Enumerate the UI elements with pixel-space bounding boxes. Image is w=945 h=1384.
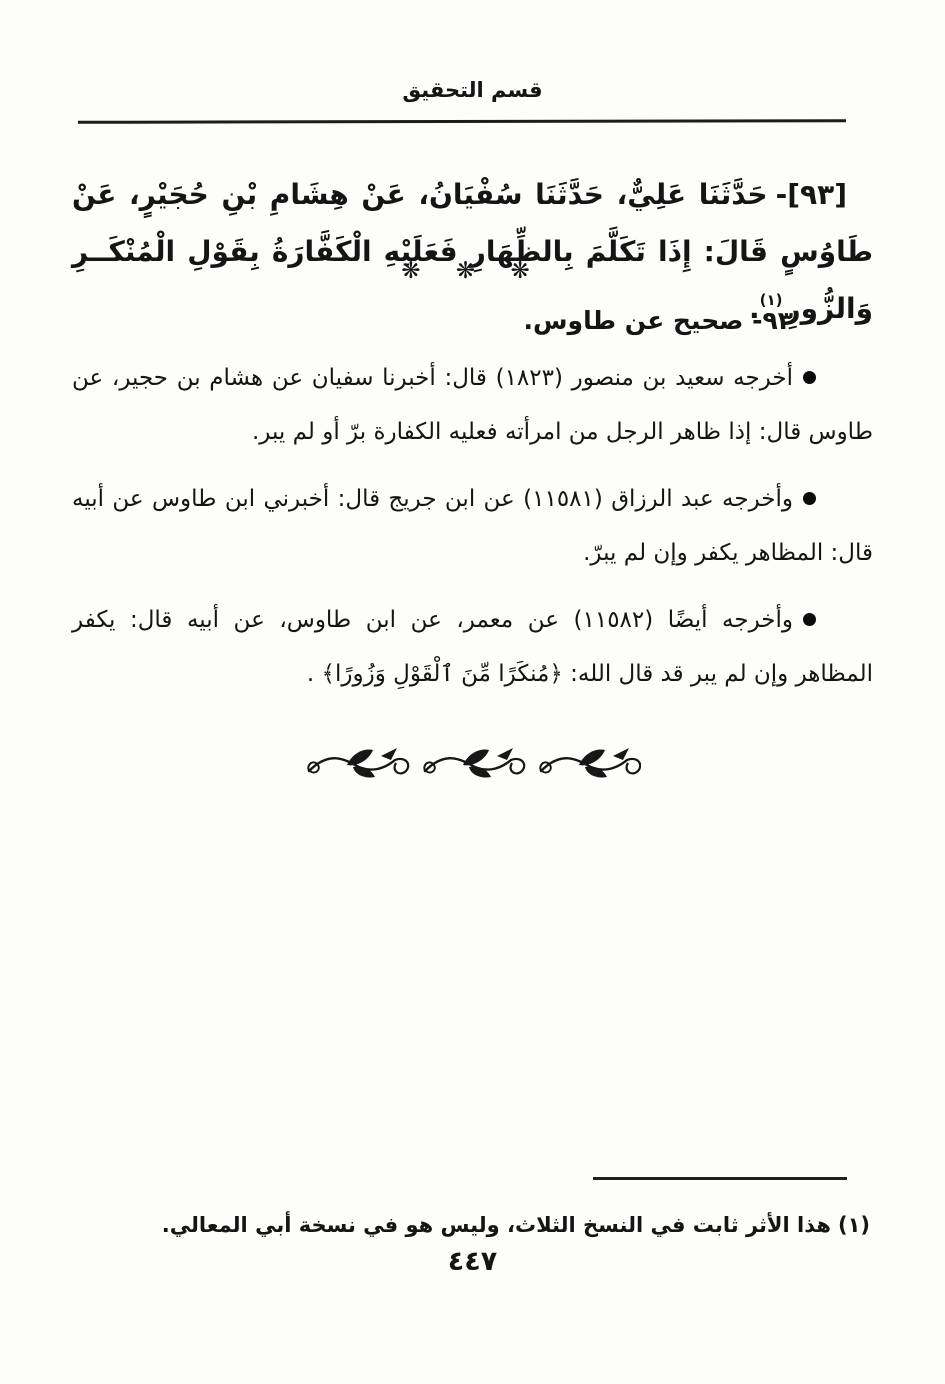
asterisk-separator: ❋ ❋ ❋ (0, 258, 945, 284)
takhrij-list: أخرجه سعيد بن منصور (١٨٢٣) قال: أخبرنا س… (72, 351, 873, 714)
takhrij-item-text: وأخرجه أيضًا (١١٥٨٢) عن معمر، عن ابن طاو… (72, 607, 873, 687)
header-rule-divider (78, 119, 846, 124)
takhrij-item: وأخرجه عبد الرزاق (١١٥٨١) عن ابن جريج قا… (72, 472, 873, 580)
running-head-title: قسم التحقيق (0, 78, 945, 102)
section-end-ornament (0, 744, 945, 792)
book-page: قسم التحقيق [٩٣]-حَدَّثَنَا عَلِيٌّ، حَد… (0, 0, 945, 1384)
ruling-heading: ٩٣- صحيح عن طاوس. (524, 306, 793, 335)
bullet-icon (803, 371, 816, 384)
takhrij-item-text: أخرجه سعيد بن منصور (١٨٢٣) قال: أخبرنا س… (72, 365, 873, 445)
bullet-icon (803, 613, 816, 626)
footnote-rule-divider (593, 1177, 847, 1180)
floral-ornament-icon (305, 744, 641, 788)
page-number: ٤٤٧ (0, 1246, 945, 1277)
takhrij-item: وأخرجه أيضًا (١١٥٨٢) عن معمر، عن ابن طاو… (72, 593, 873, 701)
takhrij-item: أخرجه سعيد بن منصور (١٨٢٣) قال: أخبرنا س… (72, 351, 873, 459)
footnote: (١)هذا الأثر ثابت في النسخ الثلاث، وليس … (75, 1208, 870, 1242)
bullet-icon (803, 492, 816, 505)
footnote-marker: (١) (838, 1213, 870, 1237)
takhrij-item-text: وأخرجه عبد الرزاق (١١٥٨١) عن ابن جريج قا… (72, 486, 873, 566)
hadith-number: [٩٣]- (776, 178, 847, 211)
footnote-text: هذا الأثر ثابت في النسخ الثلاث، وليس هو … (162, 1213, 831, 1237)
